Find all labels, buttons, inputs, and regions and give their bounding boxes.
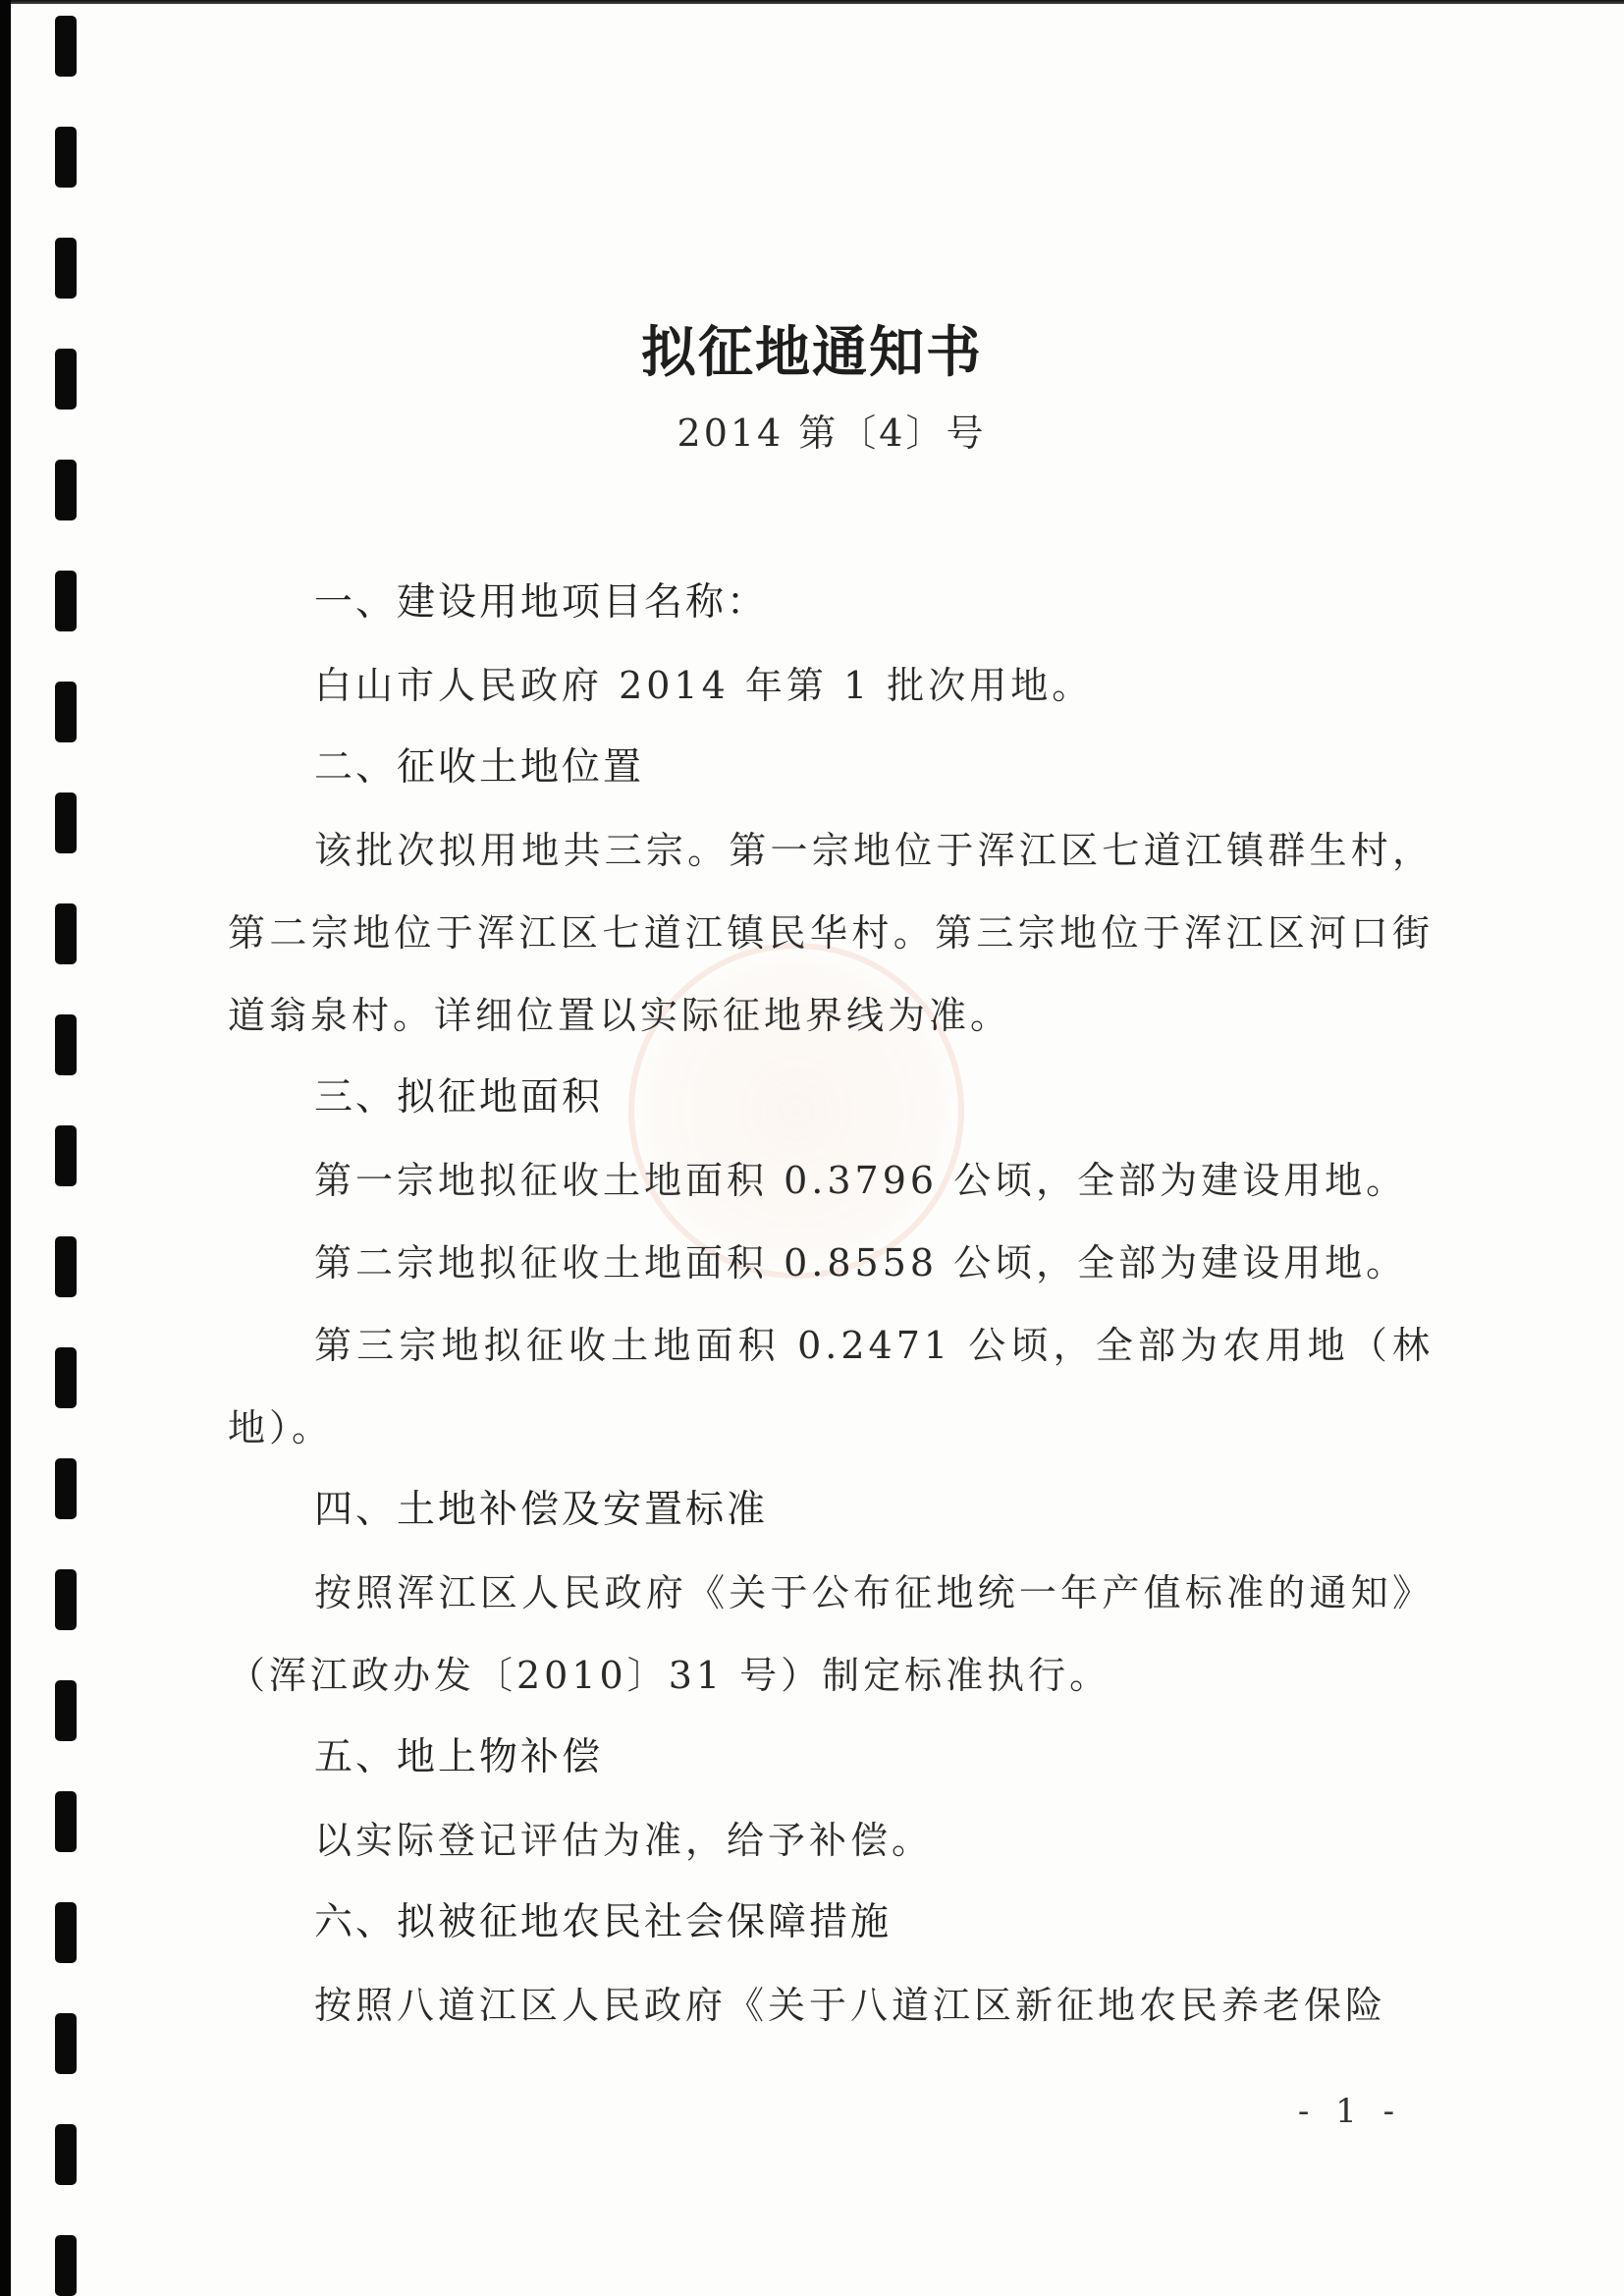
binding-hole — [55, 1680, 77, 1741]
section-heading-ground-objects: 五、地上物补偿 — [228, 1717, 1434, 1799]
binding-hole — [55, 1569, 77, 1630]
section-text-area-parcel-2: 第二宗地拟征收土地面积 0.8558 公顷，全部为建设用地。 — [228, 1222, 1434, 1304]
binding-hole — [55, 127, 77, 188]
section-text-area-parcel-1: 第一宗地拟征收土地面积 0.3796 公顷，全部为建设用地。 — [228, 1139, 1434, 1222]
binding-hole — [55, 1236, 77, 1297]
section-heading-area: 三、拟征地面积 — [228, 1057, 1434, 1139]
document-title: 拟征地通知书 — [0, 309, 1624, 388]
binding-hole — [55, 1902, 77, 1963]
page-number: - 1 - — [1276, 2092, 1424, 2131]
binding-hole — [55, 571, 77, 631]
document-number: 2014 第〔4〕号 — [0, 403, 1624, 457]
binding-hole — [55, 2013, 77, 2074]
section-text-area-parcel-3: 第三宗地拟征收土地面积 0.2471 公顷，全部为农用地（林地）。 — [228, 1304, 1434, 1469]
binding-hole — [55, 1347, 77, 1408]
binding-hole — [55, 2235, 77, 2296]
binding-hole — [55, 1791, 77, 1852]
binding-hole — [55, 793, 77, 853]
binding-hole — [55, 1125, 77, 1186]
section-text-compensation-standard: 按照浑江区人民政府《关于公布征地统一年产值标准的通知》（浑江政办发〔2010〕3… — [228, 1552, 1434, 1717]
section-text-project-name: 白山市人民政府 2014 年第 1 批次用地。 — [228, 644, 1434, 727]
document-body: 一、建设用地项目名称： 白山市人民政府 2014 年第 1 批次用地。 二、征收… — [228, 562, 1434, 2047]
section-heading-location: 二、征收土地位置 — [228, 727, 1434, 809]
section-text-location: 该批次拟用地共三宗。第一宗地位于浑江区七道江镇群生村，第二宗地位于浑江区七道江镇… — [228, 809, 1434, 1057]
section-text-social-security: 按照八道江区人民政府《关于八道江区新征地农民养老保险 — [228, 1964, 1434, 2047]
scan-top-edge — [0, 0, 1624, 4]
binding-hole — [55, 903, 77, 964]
binding-hole — [55, 238, 77, 299]
section-heading-project-name: 一、建设用地项目名称： — [228, 562, 1434, 644]
binding-hole — [55, 460, 77, 520]
binding-hole — [55, 2124, 77, 2185]
binding-hole — [55, 16, 77, 77]
binding-hole — [55, 1458, 77, 1519]
section-heading-social-security: 六、拟被征地农民社会保障措施 — [228, 1882, 1434, 1964]
binding-hole — [55, 1014, 77, 1075]
section-text-ground-objects: 以实际登记评估为准，给予补偿。 — [228, 1799, 1434, 1882]
section-heading-compensation-standard: 四、土地补偿及安置标准 — [228, 1469, 1434, 1552]
binding-hole — [55, 682, 77, 742]
